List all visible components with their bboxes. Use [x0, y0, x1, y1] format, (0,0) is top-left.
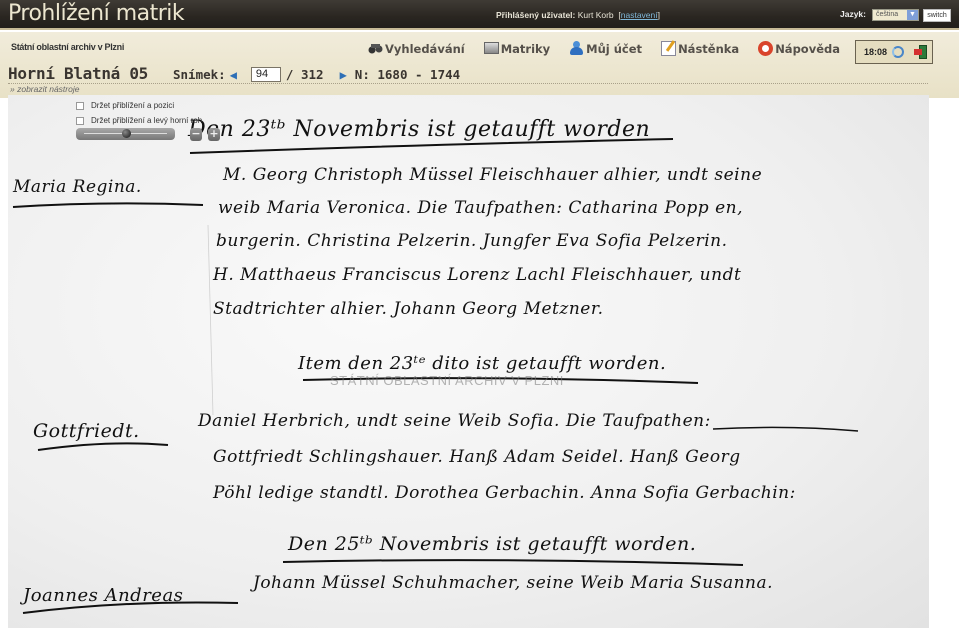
nav-help[interactable]: Nápověda — [758, 41, 840, 56]
nav-my-account-label: Můj účet — [586, 42, 642, 56]
lifebuoy-icon — [758, 41, 773, 56]
manuscript-line: Pöhl ledige standtl. Dorothea Gerbachin.… — [213, 483, 796, 503]
manuscript-line: Maria Regina. — [13, 177, 142, 197]
keep-zoom-topleft-checkbox[interactable] — [76, 117, 84, 125]
manuscript-line: Den 25ᵗᵇ Novembris ist getaufft worden. — [288, 533, 696, 555]
page-navigator: Snímek: ◀ 94 / 312 ▶ N: 1680 - 1744 — [173, 67, 460, 82]
manuscript-line: Gottfriedt Schlingshauer. Hanß Adam Seid… — [213, 447, 741, 467]
notepad-icon — [661, 41, 676, 56]
manuscript-line: Johann Müssel Schuhmacher, seine Weib Ma… — [253, 573, 773, 593]
zoom-out-button[interactable]: − — [190, 128, 202, 141]
manuscript-line: Daniel Herbrich, undt seine Weib Sofia. … — [198, 411, 711, 431]
manuscript-line: H. Matthaeus Franciscus Lorenz Lachl Fle… — [213, 265, 741, 285]
register-title: Horní Blatná 05 — [8, 64, 148, 83]
main-nav: Vyhledávání Matriky Můj účet Nástěnka Ná… — [368, 41, 859, 56]
nav-registers[interactable]: Matriky — [484, 41, 550, 56]
manuscript-line: burgerin. Christina Pelzerin. Jungfer Ev… — [216, 231, 728, 251]
user-label: Přihlášený uživatel: — [496, 10, 575, 20]
folder-icon — [484, 42, 499, 54]
divider — [8, 83, 928, 84]
session-box: 18:08 — [855, 40, 933, 64]
binoculars-icon — [368, 41, 383, 56]
top-bar: Prohlížení matrik Přihlášený uživatel: K… — [0, 0, 959, 30]
refresh-icon[interactable] — [892, 46, 904, 58]
user-icon — [569, 41, 584, 56]
show-tools-link[interactable]: » zobrazit nástroje — [10, 84, 79, 94]
user-name: Kurt Korb — [578, 10, 614, 20]
page-total: / 312 — [286, 67, 324, 82]
manuscript-line: Den 23ᵗᵇ Novembris ist getaufft worden — [188, 117, 650, 142]
language-select[interactable]: čeština ▼ — [872, 9, 919, 21]
archive-watermark: STÁTNÍ OBLASTNÍ ARCHIV V PLZNI — [330, 373, 564, 388]
chevron-down-icon: ▼ — [907, 10, 918, 20]
logout-icon[interactable] — [914, 45, 927, 59]
manuscript-line: Gottfriedt. — [33, 420, 140, 442]
app-title: Prohlížení matrik — [8, 1, 184, 26]
archive-name: Státní oblastní archiv v Plzni — [11, 42, 124, 52]
keep-zoom-position-label: Držet přiblížení a pozici — [91, 101, 174, 110]
keep-zoom-position-checkbox[interactable] — [76, 102, 84, 110]
settings-link[interactable]: nastavení — [621, 10, 658, 20]
year-range: N: 1680 - 1744 — [355, 67, 460, 82]
nav-board[interactable]: Nástěnka — [661, 41, 739, 56]
keep-zoom-topleft-option[interactable]: Držet přiblížení a levý horní roh — [76, 113, 236, 128]
nav-registers-label: Matriky — [501, 42, 550, 56]
prev-page-arrow-icon[interactable]: ◀ — [230, 68, 237, 82]
zoom-in-button[interactable]: + — [208, 128, 220, 141]
zoom-slider[interactable] — [76, 128, 175, 140]
switch-button[interactable]: switch — [923, 9, 951, 22]
language-selected: čeština — [876, 11, 898, 18]
page-number-input[interactable]: 94 — [251, 67, 281, 82]
nav-search-label: Vyhledávání — [385, 42, 465, 56]
language-label: Jazyk: — [840, 9, 866, 19]
nav-search[interactable]: Vyhledávání — [368, 41, 465, 56]
nav-my-account[interactable]: Můj účet — [569, 41, 642, 56]
nav-board-label: Nástěnka — [678, 42, 739, 56]
manuscript-line: M. Georg Christoph Müssel Fleischhauer a… — [223, 165, 762, 185]
header: Státní oblastní archiv v Plzni Vyhledává… — [0, 32, 959, 98]
manuscript-line: weib Maria Veronica. Die Taufpathen: Cat… — [218, 198, 743, 218]
next-page-arrow-icon[interactable]: ▶ — [340, 68, 347, 82]
manuscript-line: Stadtrichter alhier. Johann Georg Metzne… — [213, 299, 604, 319]
manuscript-line: Joannes Andreas — [23, 585, 183, 606]
zoom-tools: Držet přiblížení a pozici Držet přiblíže… — [76, 98, 236, 128]
manuscript-line: Item den 23ᵗᵉ dito ist getaufft worden. — [298, 353, 666, 374]
keep-zoom-position-option[interactable]: Držet přiblížení a pozici — [76, 98, 236, 113]
zoom-slider-knob[interactable] — [122, 129, 131, 138]
scan-label: Snímek: — [173, 67, 226, 82]
nav-help-label: Nápověda — [775, 42, 840, 56]
keep-zoom-topleft-label: Držet přiblížení a levý horní roh — [91, 116, 202, 125]
logged-in-user: Přihlášený uživatel: Kurt Korb [nastaven… — [496, 10, 660, 20]
session-clock: 18:08 — [864, 47, 887, 57]
scan-image-viewer[interactable]: Den 23ᵗᵇ Novembris ist getaufft wordenMa… — [8, 95, 929, 628]
